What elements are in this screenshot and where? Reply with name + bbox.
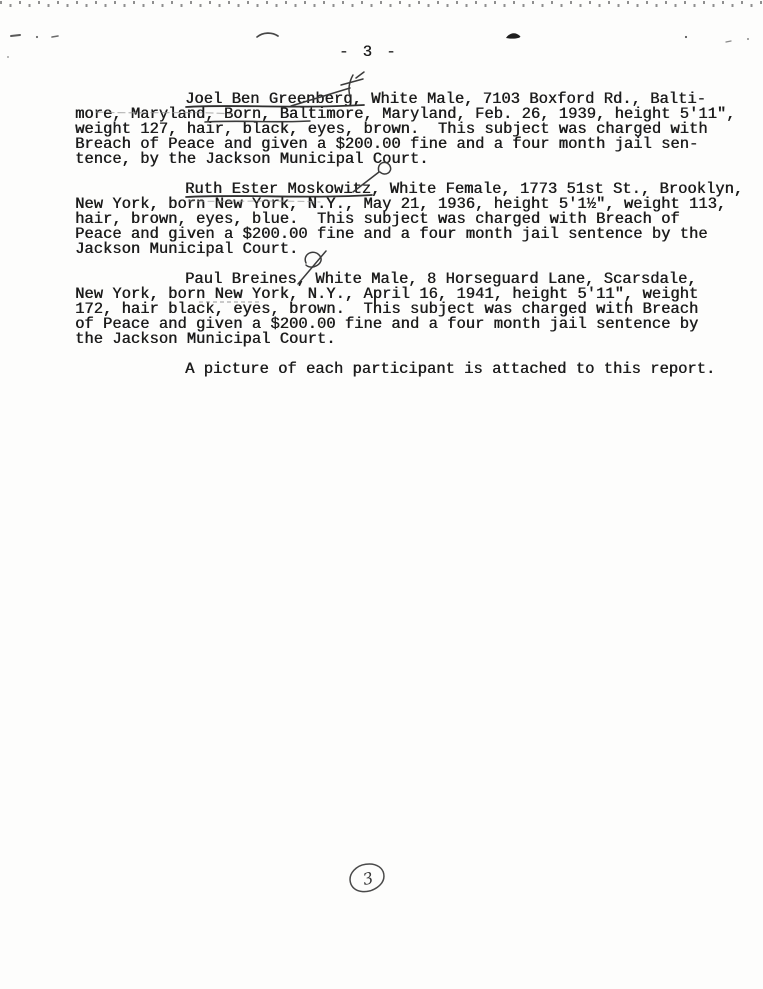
text-line: Jackson Municipal Court. [75,242,747,257]
circled-page-number: 3 [361,868,375,889]
perforation-dots-row [0,4,763,7]
report-body: Joel Ben Greenberg, White Male, 7103 Box… [75,92,747,377]
circled-page-number-mark: 3 [347,861,387,895]
scanned-document: { "page": { "number_label": "- 3 -" }, "… [0,0,763,989]
closing-line: A picture of each participant is attache… [75,362,747,377]
circle-stroke [347,861,387,895]
paragraph-greenberg: Joel Ben Greenberg, White Male, 7103 Box… [75,92,747,167]
text-line: tence, by the Jackson Municipal Court. [75,152,747,167]
document-page: - 3 - Joel Ben Greenberg, White Male, 71… [0,0,763,989]
paragraph-breines: Paul Breines, White Male, 8 Horseguard L… [75,272,747,347]
page-number: - 3 - [339,44,398,60]
text-line: the Jackson Municipal Court. [75,332,747,347]
paragraph-moskowitz: Ruth Ester Moskowitz, White Female, 1773… [75,182,747,257]
